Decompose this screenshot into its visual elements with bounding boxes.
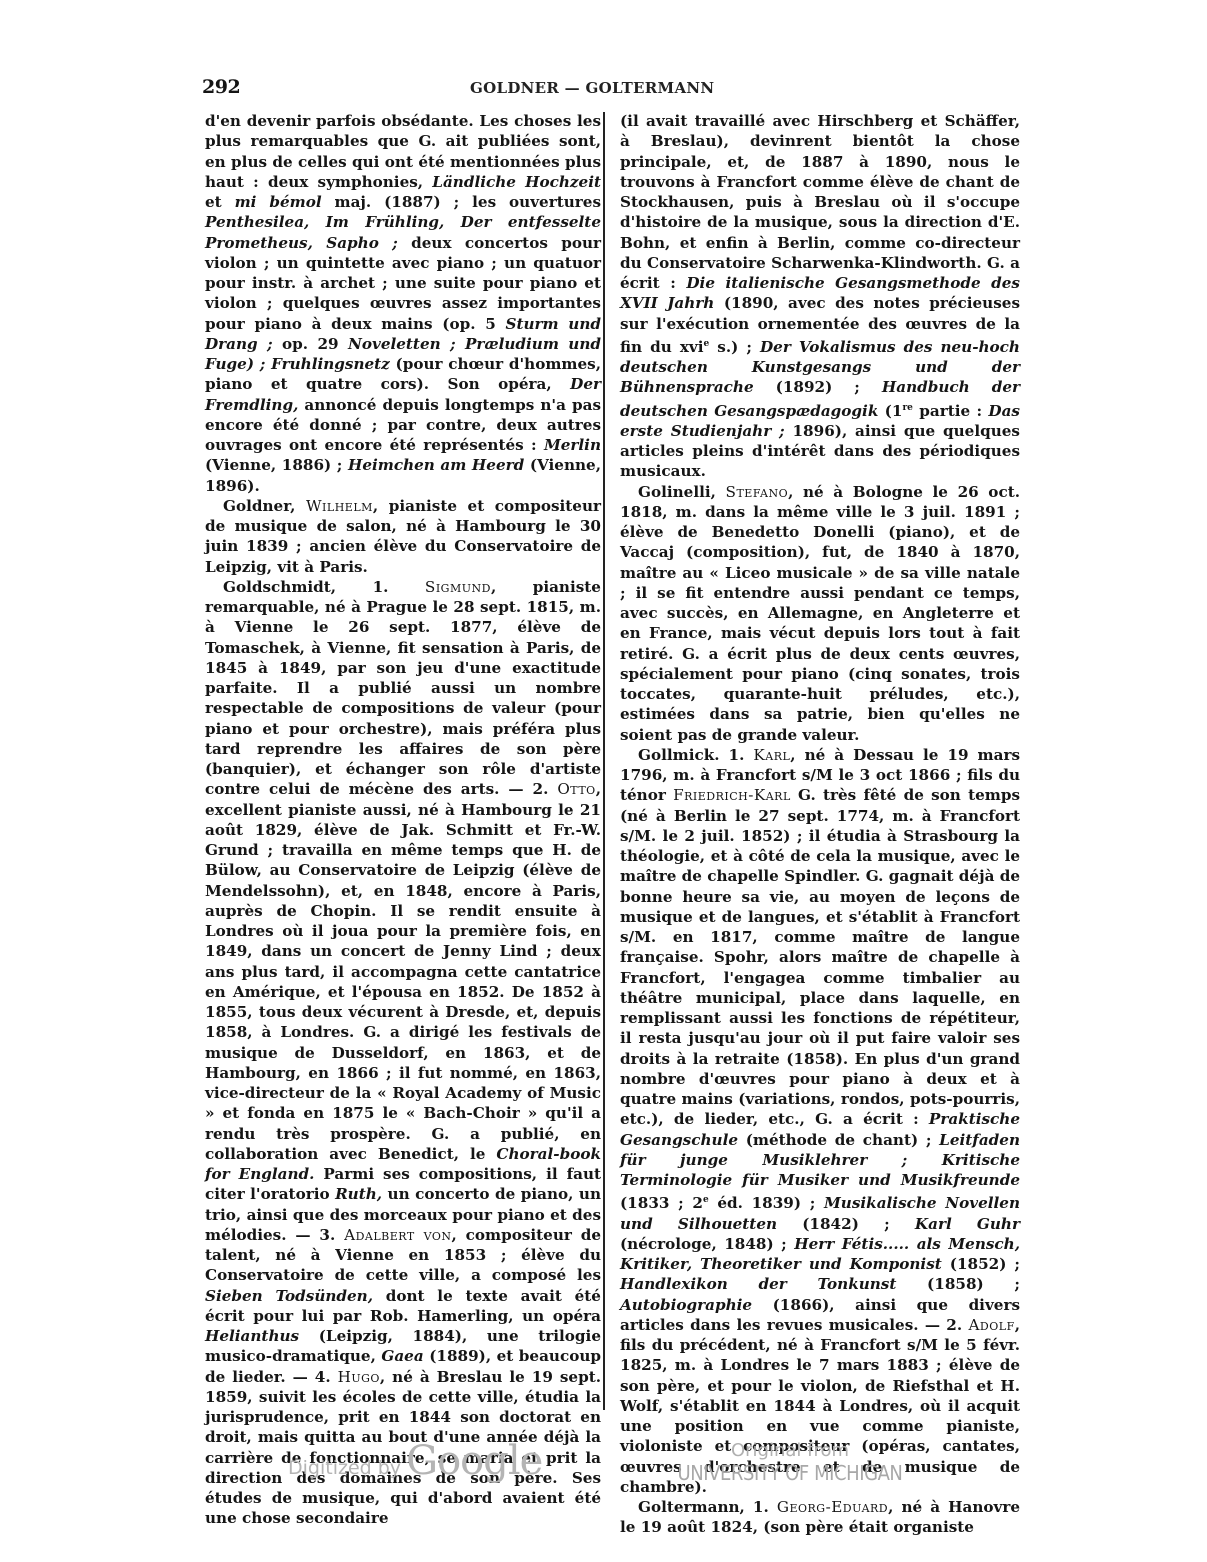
text-run: , excellent pianiste aussi, né à Hambour… xyxy=(205,780,601,1163)
entry-headword: Goltermann, xyxy=(638,1498,753,1516)
column-divider xyxy=(603,112,605,1410)
text-run: op. 29 xyxy=(273,335,348,353)
work-title: mi bémol xyxy=(235,193,322,211)
text-run: (1858) ; xyxy=(896,1275,1020,1293)
digitized-prefix: Digitized by xyxy=(288,1457,401,1479)
dictionary-entry-paragraph: d'en devenir parfois obsédante. Les chos… xyxy=(205,111,601,496)
entry-forename: Sigmund xyxy=(425,578,491,596)
right-column: (il avait travaillé avec Hirschberg et S… xyxy=(620,111,1020,1538)
text-run: (méthode de chant) ; xyxy=(738,1131,939,1149)
text-run: (1833 ; 2 xyxy=(620,1194,703,1212)
text-run: et xyxy=(205,193,235,211)
left-column: d'en devenir parfois obsédante. Les chos… xyxy=(205,111,601,1529)
entry-headword: Goldner, xyxy=(223,497,306,515)
dictionary-entry-paragraph: Gollmick. 1. Karl, né à Dessau le 19 mar… xyxy=(620,745,1020,1497)
text-run: (1892) ; xyxy=(754,378,882,396)
text-run: éd. 1839) ; xyxy=(709,1194,824,1212)
text-run: (Vienne, 1886) ; xyxy=(205,456,348,474)
work-title: Ländliche Hochzeit xyxy=(432,173,601,191)
google-digitized-watermark: Digitized by Google xyxy=(288,1438,542,1484)
dictionary-entry-paragraph: Goltermann, 1. Georg-Eduard, né à Hanovr… xyxy=(620,1497,1020,1538)
dictionary-entry-paragraph: (il avait travaillé avec Hirschberg et S… xyxy=(620,111,1020,482)
work-title: Merlin xyxy=(544,436,601,454)
text-run: maj. (1887) ; les ouvertures xyxy=(322,193,601,211)
university-label: UNIVERSITY OF MICHIGAN xyxy=(655,1461,925,1485)
work-title: Sieben Todsünden, xyxy=(205,1287,373,1305)
entry-headword: Goldschmidt, xyxy=(223,578,373,596)
entry-forename: Stefano xyxy=(726,483,789,501)
text-run: (1842) ; xyxy=(777,1215,915,1233)
text-run: 1. xyxy=(729,746,754,764)
text-run: , né à Bologne le 26 oct. 1818, m. dans … xyxy=(620,483,1020,744)
text-run: (1 xyxy=(878,402,902,420)
work-title: Helianthus xyxy=(205,1327,299,1345)
work-title: Autobiographie xyxy=(620,1296,752,1314)
entry-forename: Karl xyxy=(753,746,790,764)
entry-forename: Wilhelm xyxy=(306,497,373,515)
entry-forename: Adolf xyxy=(968,1316,1014,1334)
work-title: Ruth, xyxy=(335,1185,382,1203)
work-title: Handlexikon der Tonkunst xyxy=(620,1275,896,1293)
text-run: re xyxy=(902,403,912,413)
original-source-watermark: Original from UNIVERSITY OF MICHIGAN xyxy=(640,1440,940,1485)
entry-forename: Georg-Eduard xyxy=(777,1498,888,1516)
entry-headword: Golinelli, xyxy=(638,483,726,501)
running-head: GOLDNER — GOLTERMANN xyxy=(470,79,714,97)
text-run: s.) ; xyxy=(709,338,760,356)
text-run: 1. xyxy=(373,578,425,596)
google-logo: Google xyxy=(406,1438,542,1484)
entry-forename: Adalbert von xyxy=(344,1226,451,1244)
work-title: Karl Guhr xyxy=(915,1215,1020,1233)
text-run: , pianiste remarquable, né à Prague le 2… xyxy=(205,578,601,799)
dictionary-entry-paragraph: Golinelli, Stefano, né à Bologne le 26 o… xyxy=(620,482,1020,745)
text-run: (nécrologe, 1848) ; xyxy=(620,1235,794,1253)
work-title: Heimchen am Heerd xyxy=(348,456,524,474)
page-number: 292 xyxy=(202,76,240,98)
entry-headword: Gollmick. xyxy=(638,746,729,764)
entry-forename: Otto xyxy=(557,780,595,798)
dictionary-entry-paragraph: Goldschmidt, 1. Sigmund, pianiste remarq… xyxy=(205,577,601,1529)
text-run: (il avait travaillé avec Hirschberg et S… xyxy=(620,112,1020,292)
entry-forename: Friedrich-Karl xyxy=(673,786,791,804)
dictionary-entry-paragraph: Goldner, Wilhelm, pianiste et compositeu… xyxy=(205,496,601,577)
entry-forename: Hugo xyxy=(338,1368,380,1386)
text-run: (1852) ; xyxy=(942,1255,1020,1273)
text-run: partie : xyxy=(913,402,989,420)
original-from-label: Original from xyxy=(640,1440,940,1461)
text-run: G. très fêté de son temps (né à Berlin l… xyxy=(620,786,1020,1128)
work-title: Gaea xyxy=(381,1347,423,1365)
text-run: 1. xyxy=(753,1498,777,1516)
